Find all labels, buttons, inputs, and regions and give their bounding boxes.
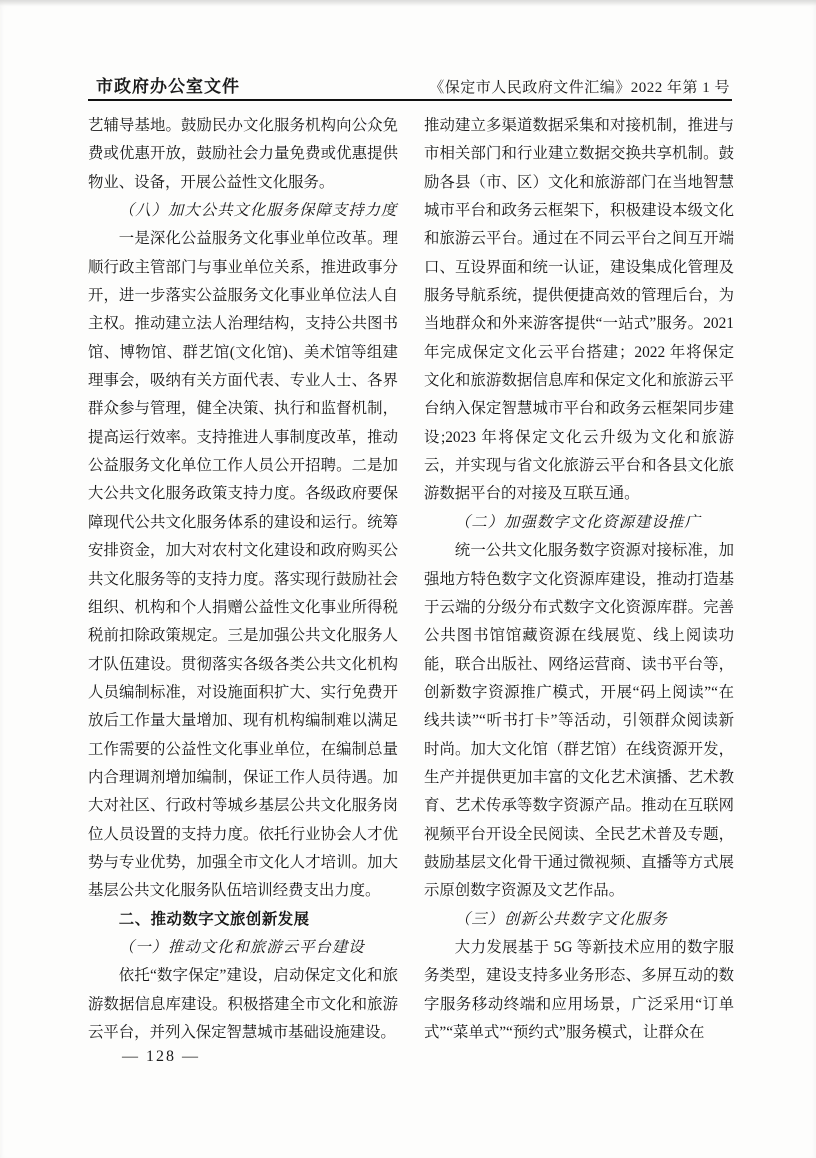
paragraph-continuation: 艺辅导基地。鼓励民办文化服务机构向公众免费或优惠开放，鼓励社会力量免费或优惠提供…	[88, 112, 398, 197]
right-column: 推动建立多渠道数据采集和对接机制，推进与市相关部门和行业建立数据交换共享机制。鼓…	[424, 112, 734, 1047]
page-header: 市政府办公室文件 《保定市人民政府文件汇编》2022 年第 1 号	[96, 72, 730, 97]
header-rule	[88, 99, 732, 101]
header-compilation-title: 《保定市人民政府文件汇编》2022 年第 1 号	[429, 76, 730, 97]
scan-edge	[0, 0, 816, 6]
subsection-heading-2: （二）加强数字文化资源建设推广	[424, 509, 734, 537]
document-body: 艺辅导基地。鼓励民办文化服务机构向公众免费或优惠开放，鼓励社会力量免费或优惠提供…	[88, 112, 734, 1047]
section-heading-2: 二、推动数字文旅创新发展	[88, 906, 398, 934]
subsection-heading-8: （八）加大公共文化服务保障支持力度	[88, 197, 398, 225]
subsection-heading-3: （三）创新公共数字文化服务	[424, 906, 734, 934]
paragraph: 大力发展基于 5G 等新技术应用的数字服务类型，建设支持多业务形态、多屏互动的数…	[424, 934, 734, 1047]
paragraph: 依托“数字保定”建设，启动保定文化和旅游数据信息库建设。积极搭建全市文化和旅游云…	[88, 962, 398, 1047]
left-column: 艺辅导基地。鼓励民办文化服务机构向公众免费或优惠开放，鼓励社会力量免费或优惠提供…	[88, 112, 398, 1047]
paragraph: 一是深化公益服务文化事业单位改革。理顺行政主管部门与事业单位关系，推进政事分开，…	[88, 225, 398, 905]
document-page: 市政府办公室文件 《保定市人民政府文件汇编》2022 年第 1 号 艺辅导基地。…	[0, 0, 816, 1158]
paragraph-continuation: 推动建立多渠道数据采集和对接机制，推进与市相关部门和行业建立数据交换共享机制。鼓…	[424, 112, 734, 509]
page-number: — 128 —	[122, 1048, 200, 1065]
paragraph: 统一公共文化服务数字资源对接标准，加强地方特色数字文化资源库建设，推动打造基于云…	[424, 537, 734, 905]
page-footer: — 128 —	[122, 1048, 200, 1066]
subsection-heading-1: （一）推动文化和旅游云平台建设	[88, 934, 398, 962]
header-document-category: 市政府办公室文件	[96, 72, 240, 97]
